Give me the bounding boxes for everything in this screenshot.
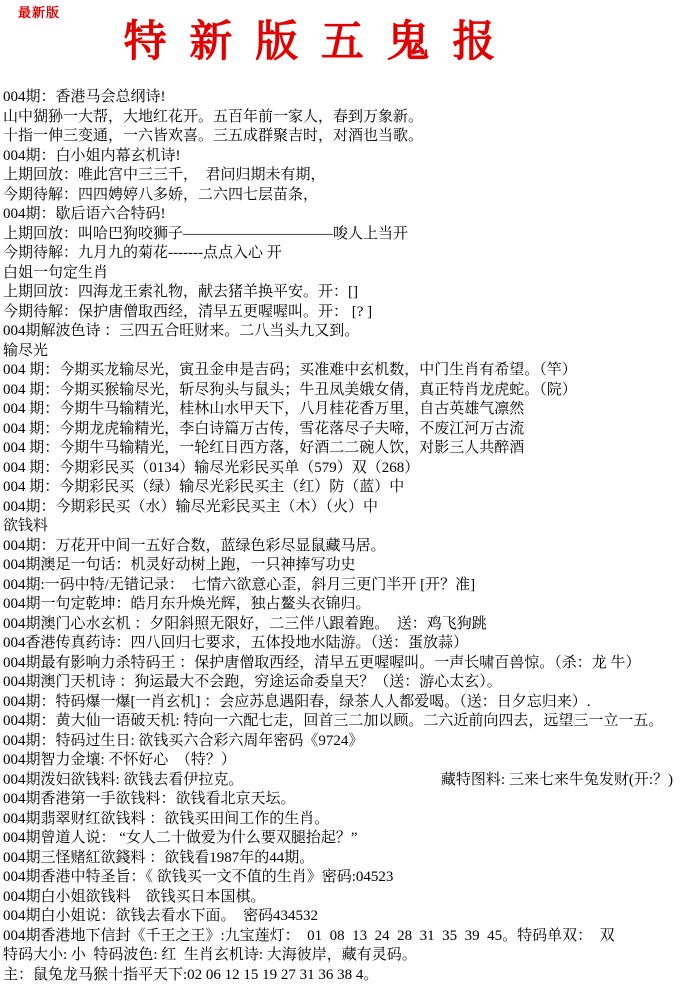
- report-line: 004期：歇后语六合特码!: [3, 205, 681, 225]
- report-line: 上期回放：唯此宫中三三千， 君问归期未有期，: [3, 166, 681, 186]
- report-line: 004期：黄大仙一语破天机: 特向一六配七走，回首三二加以顾。二六近前向四去，远…: [3, 712, 681, 732]
- report-line: 004期：特码爆一爆[一肖玄机] ：会应苏息遇阳春，绿茶人人都爱喝。（送：日夕忘…: [3, 693, 681, 713]
- report-line: 004期：特码过生日: 欲钱买六合彩六周年密码《9724》: [3, 732, 681, 752]
- report-line: 004期:一码中特/无错记录： 七情六欲意心歪，斜月三更门半开 [开？准]: [3, 576, 681, 596]
- report-line: 004期曾道人说： “女人二十做爱为什么要双腿抬起？”: [3, 829, 681, 849]
- report-line: 004期香港第一手欲钱料：欲钱看北京天坛。: [3, 790, 681, 810]
- report-line: 004期白小姐说：欲钱去看水下面。 密码434532: [3, 907, 681, 927]
- report-line: 004 期：今期彩民买（绿）输尽光彩民买主（红）防（蓝）中: [3, 478, 681, 498]
- report-line: 004香港传真药诗：四八回归七要求，五体投地水陆游。（送：蛋放蒜）: [3, 634, 681, 654]
- report-line: 004期白小姐欲钱料 欲钱买日本国棋。: [3, 888, 681, 908]
- report-line: 004 期：今期龙虎输精光，李白诗篇万古传，雪花落尽子夫啼，不废江河万古流: [3, 420, 681, 440]
- report-line: 004期：香港马会总纲诗!: [3, 88, 681, 108]
- report-line: 004期：今期彩民买（水）输尽光彩民买主（木）（火）中: [3, 498, 681, 518]
- report-line: 004期翡翠财红欲钱料 ：欲钱买田间工作的生肖。: [3, 810, 681, 830]
- report-line: 004期：万花开中间一五好合数，蓝绿色彩尽显鼠藏马居。: [3, 537, 681, 557]
- report-line: 004期澳门心水玄机 ：夕阳斜照无限好，二三伴八跟着跑。 送：鸡飞狗跳: [3, 615, 681, 635]
- report-line-left: 004期泼妇欲钱料: 欲钱去看伊拉克。: [3, 771, 243, 791]
- report-line: 004期澳门天机诗 ：狗运最大不会跑，穷途运命委皇天？（送：游心太玄）。: [3, 673, 681, 693]
- report-line: 004 期：今期买龙输尽光，寅丑金申是吉码；买准难中玄机数，中门生肖有希望。（竿…: [3, 361, 681, 381]
- report-line: 十指一伸三变通，一六皆欢喜。三五成群聚吉时，对酒也当歌。: [3, 127, 681, 147]
- report-line: 输尽光: [3, 342, 681, 362]
- report-line: 上期回放：四海龙王索礼物，献去猪羊换平安。开：[]: [3, 283, 681, 303]
- report-line: 004 期：今期牛马输精光，一轮红日西方落，好酒二二碗人饮，对影三人共醉酒: [3, 439, 681, 459]
- report-line: 今期待解：九月九的菊花-------点点入心 开: [3, 244, 681, 264]
- report-line: 004期泼妇欲钱料: 欲钱去看伊拉克。藏特图料: 三来七来牛兔发财(开:？): [3, 771, 681, 791]
- report-body: 004期：香港马会总纲诗!山中猢狲一大帮，大地红花开。五百年前一家人，春到万象新…: [0, 86, 681, 985]
- report-line: 004期：白小姐内幕玄机诗!: [3, 147, 681, 167]
- report-line: 004 期：今期牛马输精光，桂林山水甲天下，八月桂花香万里，自古英雄气凛然: [3, 400, 681, 420]
- report-line: 004期香港地下信封《千王之王》:九宝莲灯： 01 08 13 24 28 31…: [3, 927, 681, 947]
- report-line: 山中猢狲一大帮，大地红花开。五百年前一家人，春到万象新。: [3, 108, 681, 128]
- report-line: 004期香港中特圣旨：《 欲钱买一文不值的生肖》密码:04523: [3, 868, 681, 888]
- report-line: 004期澳足一句话：机灵好动树上跑，一只神捧写功史: [3, 556, 681, 576]
- report-line: 004期三怪赌紅欲錢料 ：欲钱看1987年的44期。: [3, 849, 681, 869]
- report-line: 004 期：今期彩民买（0134）输尽光彩民买单（579）双（268）: [3, 459, 681, 479]
- report-line: 今期待解：四四娉婷八多娇，二六四七层苗条，: [3, 186, 681, 206]
- report-line: 004期解波色诗 ：三四五合旺财来。二八当头九又到。: [3, 322, 681, 342]
- report-line: 欲钱料: [3, 517, 681, 537]
- report-line: 今期待解：保护唐僧取西经，清早五更喔喔叫。开： [? ]: [3, 303, 681, 323]
- report-line: 004期最有影响力杀特码王 ：保护唐僧取西经，清早五更喔喔叫。一声长啸百兽惊。（…: [3, 654, 681, 674]
- report-line: 上期回放：叫哈巴狗咬狮子——————————唆人上当开: [3, 225, 681, 245]
- report-line: 白姐一句定生肖: [3, 264, 681, 284]
- report-line: 004期智力金壤: 不怀好心 （特？）: [3, 751, 681, 771]
- report-line: 主：鼠兔龙马猴十指平天下:02 06 12 15 19 27 31 36 38 …: [3, 966, 681, 986]
- report-line: 004期一句定乾坤：皓月东升焕光辉，独占鳌头衣锦归。: [3, 595, 681, 615]
- report-line: 特码大小: 小 特码波色: 红 生肖玄机诗: 大海彼岸，藏有灵码。: [3, 946, 681, 966]
- page-title: 特 新 版 五 鬼 报: [0, 0, 653, 86]
- report-line-right: 藏特图料: 三来七来牛兔发财(开:？): [441, 771, 673, 791]
- report-line: 004 期：今期买猴输尽光，斩尽狗头与鼠头；牛丑凤美娥女倩，真正特肖龙虎蛇。（院…: [3, 381, 681, 401]
